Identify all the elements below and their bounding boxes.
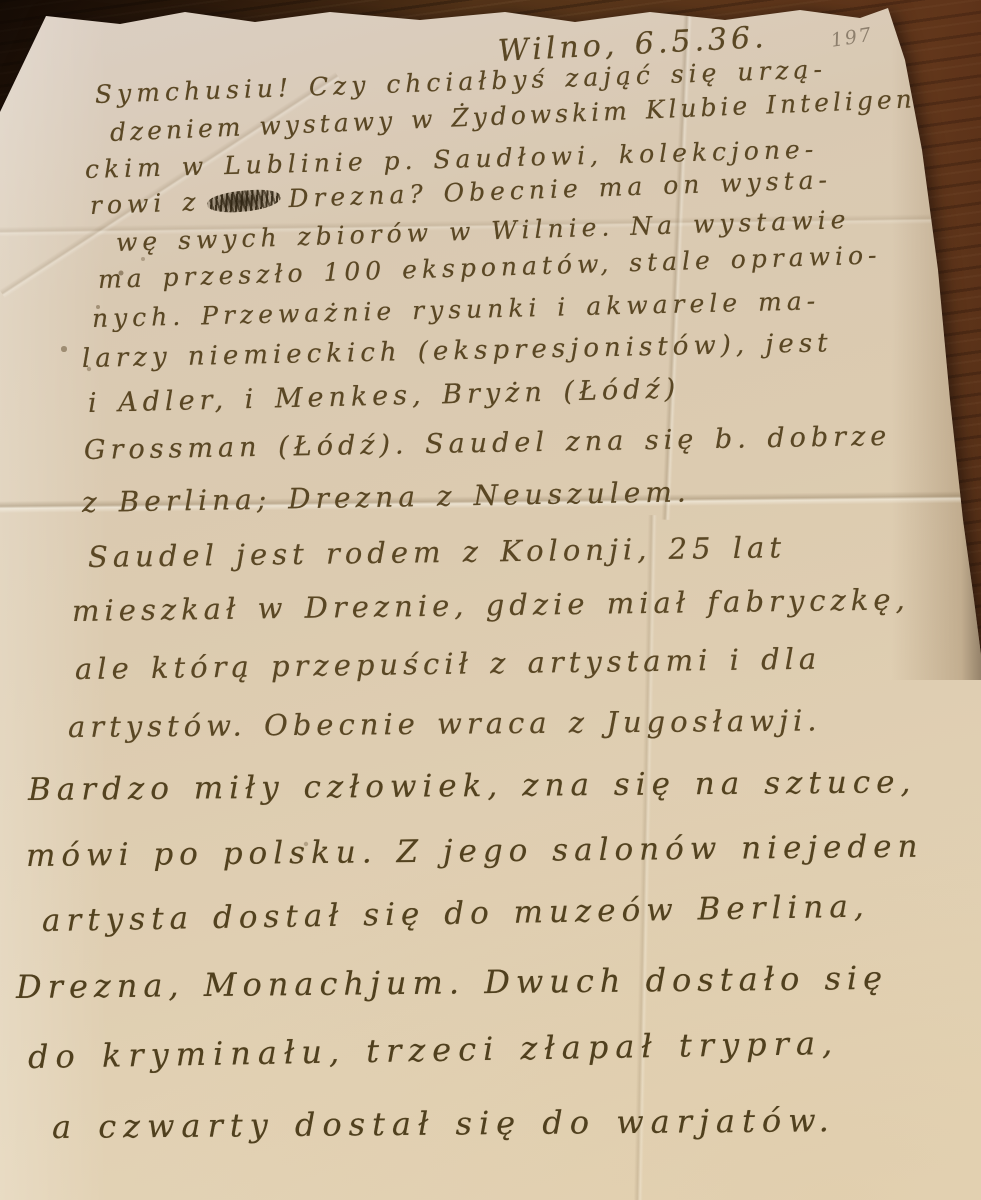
handwritten-line: a czwarty dostał się do warjatów. <box>52 1101 836 1146</box>
handwritten-line: do kryminału, trzeci złapał trypra, <box>28 1024 840 1076</box>
handwritten-line: i Adler, i Menkes, Bryżn (Łódź) <box>88 374 681 419</box>
line-text-before-scribble: rowi z <box>89 187 200 220</box>
handwritten-line: larzy niemieckich (ekspresjonistów), jes… <box>82 328 833 374</box>
scribbled-out-word <box>206 187 282 214</box>
photo-of-handwritten-letter: Wilno, 6.5.36. 197 Symchusiu! Czy chciał… <box>0 0 981 1200</box>
handwritten-line: Bardzo miły człowiek, zna się na sztuce, <box>28 764 917 808</box>
handwritten-line: nych. Przeważnie rysunki i akwarele ma- <box>92 286 821 333</box>
handwritten-line: mieszkał w Dreznie, gdzie miał fabryczkę… <box>72 582 910 628</box>
handwritten-line: z Berlina; Drezna z Neuszulem. <box>82 475 691 519</box>
handwritten-line: ale którą przepuścił z artystami i dla <box>75 642 822 686</box>
handwritten-line: artysta dostał się do muzeów Berlina, <box>42 889 870 939</box>
letter-sheet-wrapper: Wilno, 6.5.36. 197 Symchusiu! Czy chciał… <box>0 0 981 1200</box>
page-number: 197 <box>829 24 874 52</box>
paper-speckles <box>0 0 2 2</box>
handwritten-line: Drezna, Monachjum. Dwuch dostało się <box>16 959 888 1006</box>
handwritten-line: Grossman (Łódź). Saudel zna się b. dobrz… <box>84 421 892 466</box>
handwritten-line: mówi po polsku. Z jego salonów niejeden <box>26 829 924 874</box>
handwritten-line: Saudel jest rodem z Kolonji, 25 lat <box>88 530 786 574</box>
letter-page: Wilno, 6.5.36. 197 Symchusiu! Czy chciał… <box>0 0 981 1200</box>
handwritten-line: artystów. Obecnie wraca z Jugosławji. <box>68 703 822 744</box>
